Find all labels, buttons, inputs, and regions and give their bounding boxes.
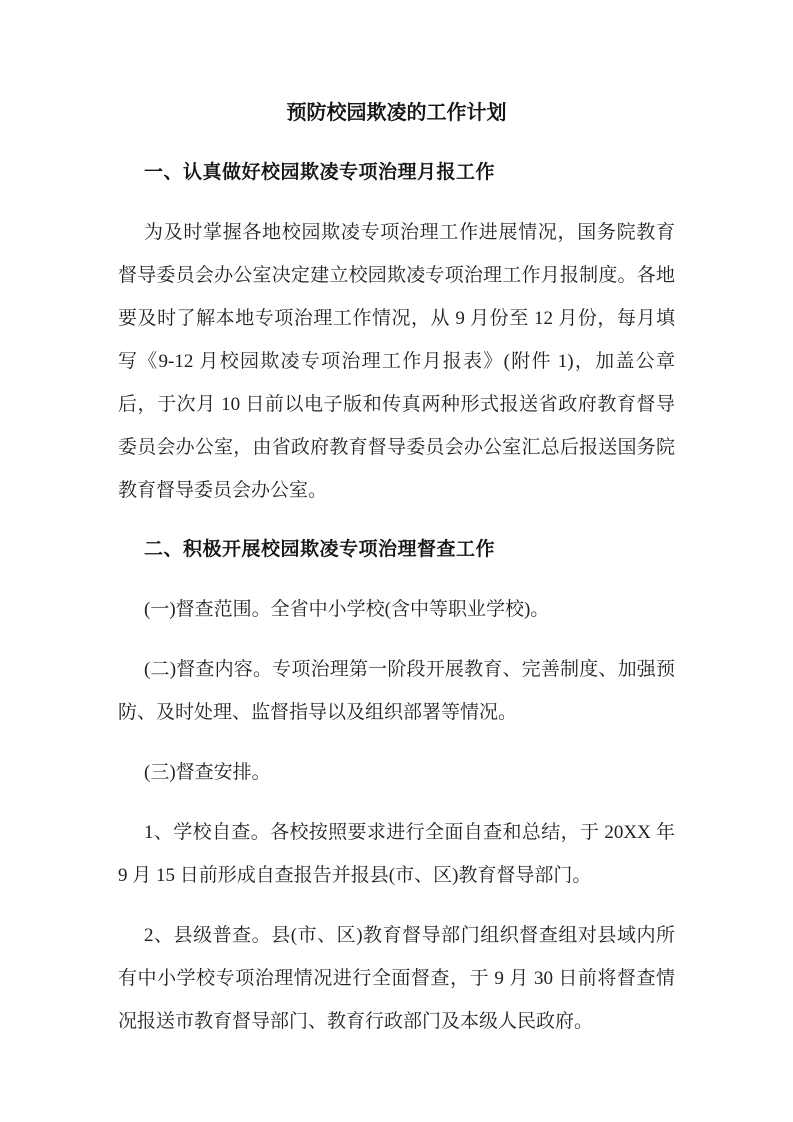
- section-2-paragraph-content: (二)督查内容。专项治理第一阶段开展教育、完善制度、加强预防、及时处理、监督指导…: [118, 648, 675, 734]
- document-page: 预防校园欺凌的工作计划 一、认真做好校园欺凌专项治理月报工作 为及时掌握各地校园…: [0, 0, 793, 1122]
- document-content: 预防校园欺凌的工作计划 一、认真做好校园欺凌专项治理月报工作 为及时掌握各地校园…: [0, 0, 793, 1043]
- document-title: 预防校园欺凌的工作计划: [118, 92, 675, 135]
- section-2-paragraph-school-self-check: 1、学校自查。各校按照要求进行全面自查和总结，于 20XX 年 9 月 15 日…: [118, 811, 675, 897]
- section-2-heading: 二、积极开展校园欺凌专项治理督查工作: [118, 528, 675, 571]
- section-1-paragraph-monthly-report: 为及时掌握各地校园欺凌专项治理工作进展情况，国务院教育督导委员会办公室决定建立校…: [118, 211, 675, 512]
- section-2-paragraph-arrangement: (三)督查安排。: [118, 751, 675, 794]
- section-2-paragraph-scope: (一)督查范围。全省中小学校(含中等职业学校)。: [118, 588, 675, 631]
- section-1-heading: 一、认真做好校园欺凌专项治理月报工作: [118, 151, 675, 194]
- section-2-paragraph-county-inspection: 2、县级普查。县(市、区)教育督导部门组织督查组对县域内所有中小学校专项治理情况…: [118, 914, 675, 1043]
